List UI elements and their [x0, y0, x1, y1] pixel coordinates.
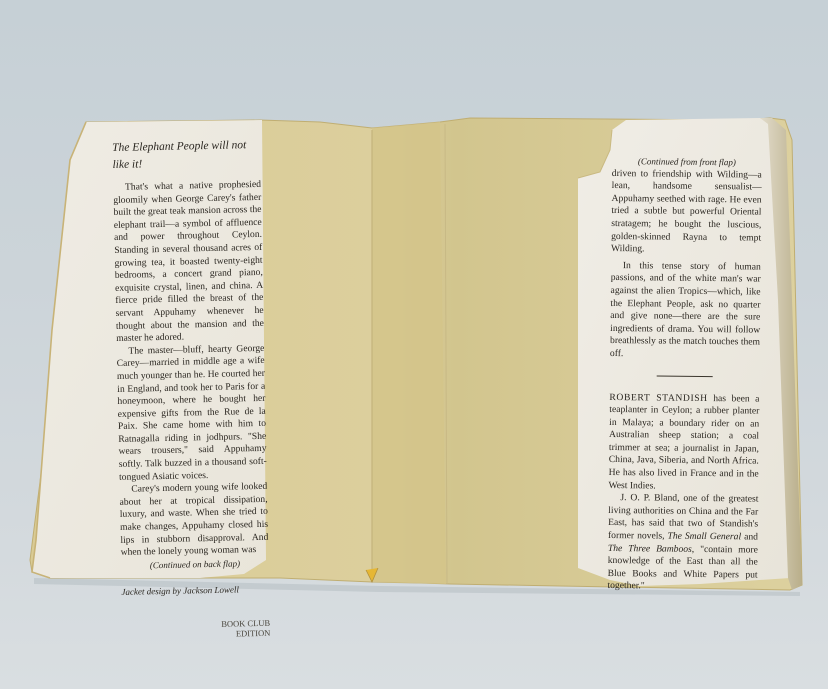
author-bio: ROBERT STANDISH has been a teaplanter in… [608, 391, 759, 493]
and-word: and [744, 531, 758, 542]
flap-paragraph: The master—bluff, hearty George Carey—ma… [116, 343, 267, 485]
edition-line-2: EDITION [236, 628, 271, 639]
flap-paragraph: driven to friendship with Wilding—a lean… [611, 168, 762, 258]
novel-title: The Small General [667, 531, 741, 543]
flap-paragraph: In this tense story of human passions, a… [610, 260, 761, 362]
novel-title: The Three Bamboos, [608, 543, 694, 555]
flap-paragraph: That's what a native prophesied gloomily… [113, 179, 264, 346]
edition-label: BOOK CLUB EDITION [122, 618, 270, 641]
author-name: ROBERT STANDISH [609, 391, 707, 403]
back-flap-text: (Continued from front flap) driven to fr… [607, 155, 762, 595]
divider-rule [657, 375, 713, 377]
author-bio-text: has been a teaplanter in Ceylon; a rubbe… [608, 393, 759, 492]
flap-paragraph: Carey's modern young wife looked about h… [119, 481, 269, 560]
flap-headline: The Elephant People will not like it! [112, 137, 261, 174]
dust-jacket: The Elephant People will not like it! Th… [0, 0, 828, 689]
spine [372, 122, 446, 584]
front-flap-text: The Elephant People will not like it! Th… [112, 137, 270, 641]
jacket-credit: Jacket design by Jackson Lowell [121, 583, 269, 599]
quote-paragraph: J. O. P. Bland, one of the greatest livi… [607, 492, 758, 594]
